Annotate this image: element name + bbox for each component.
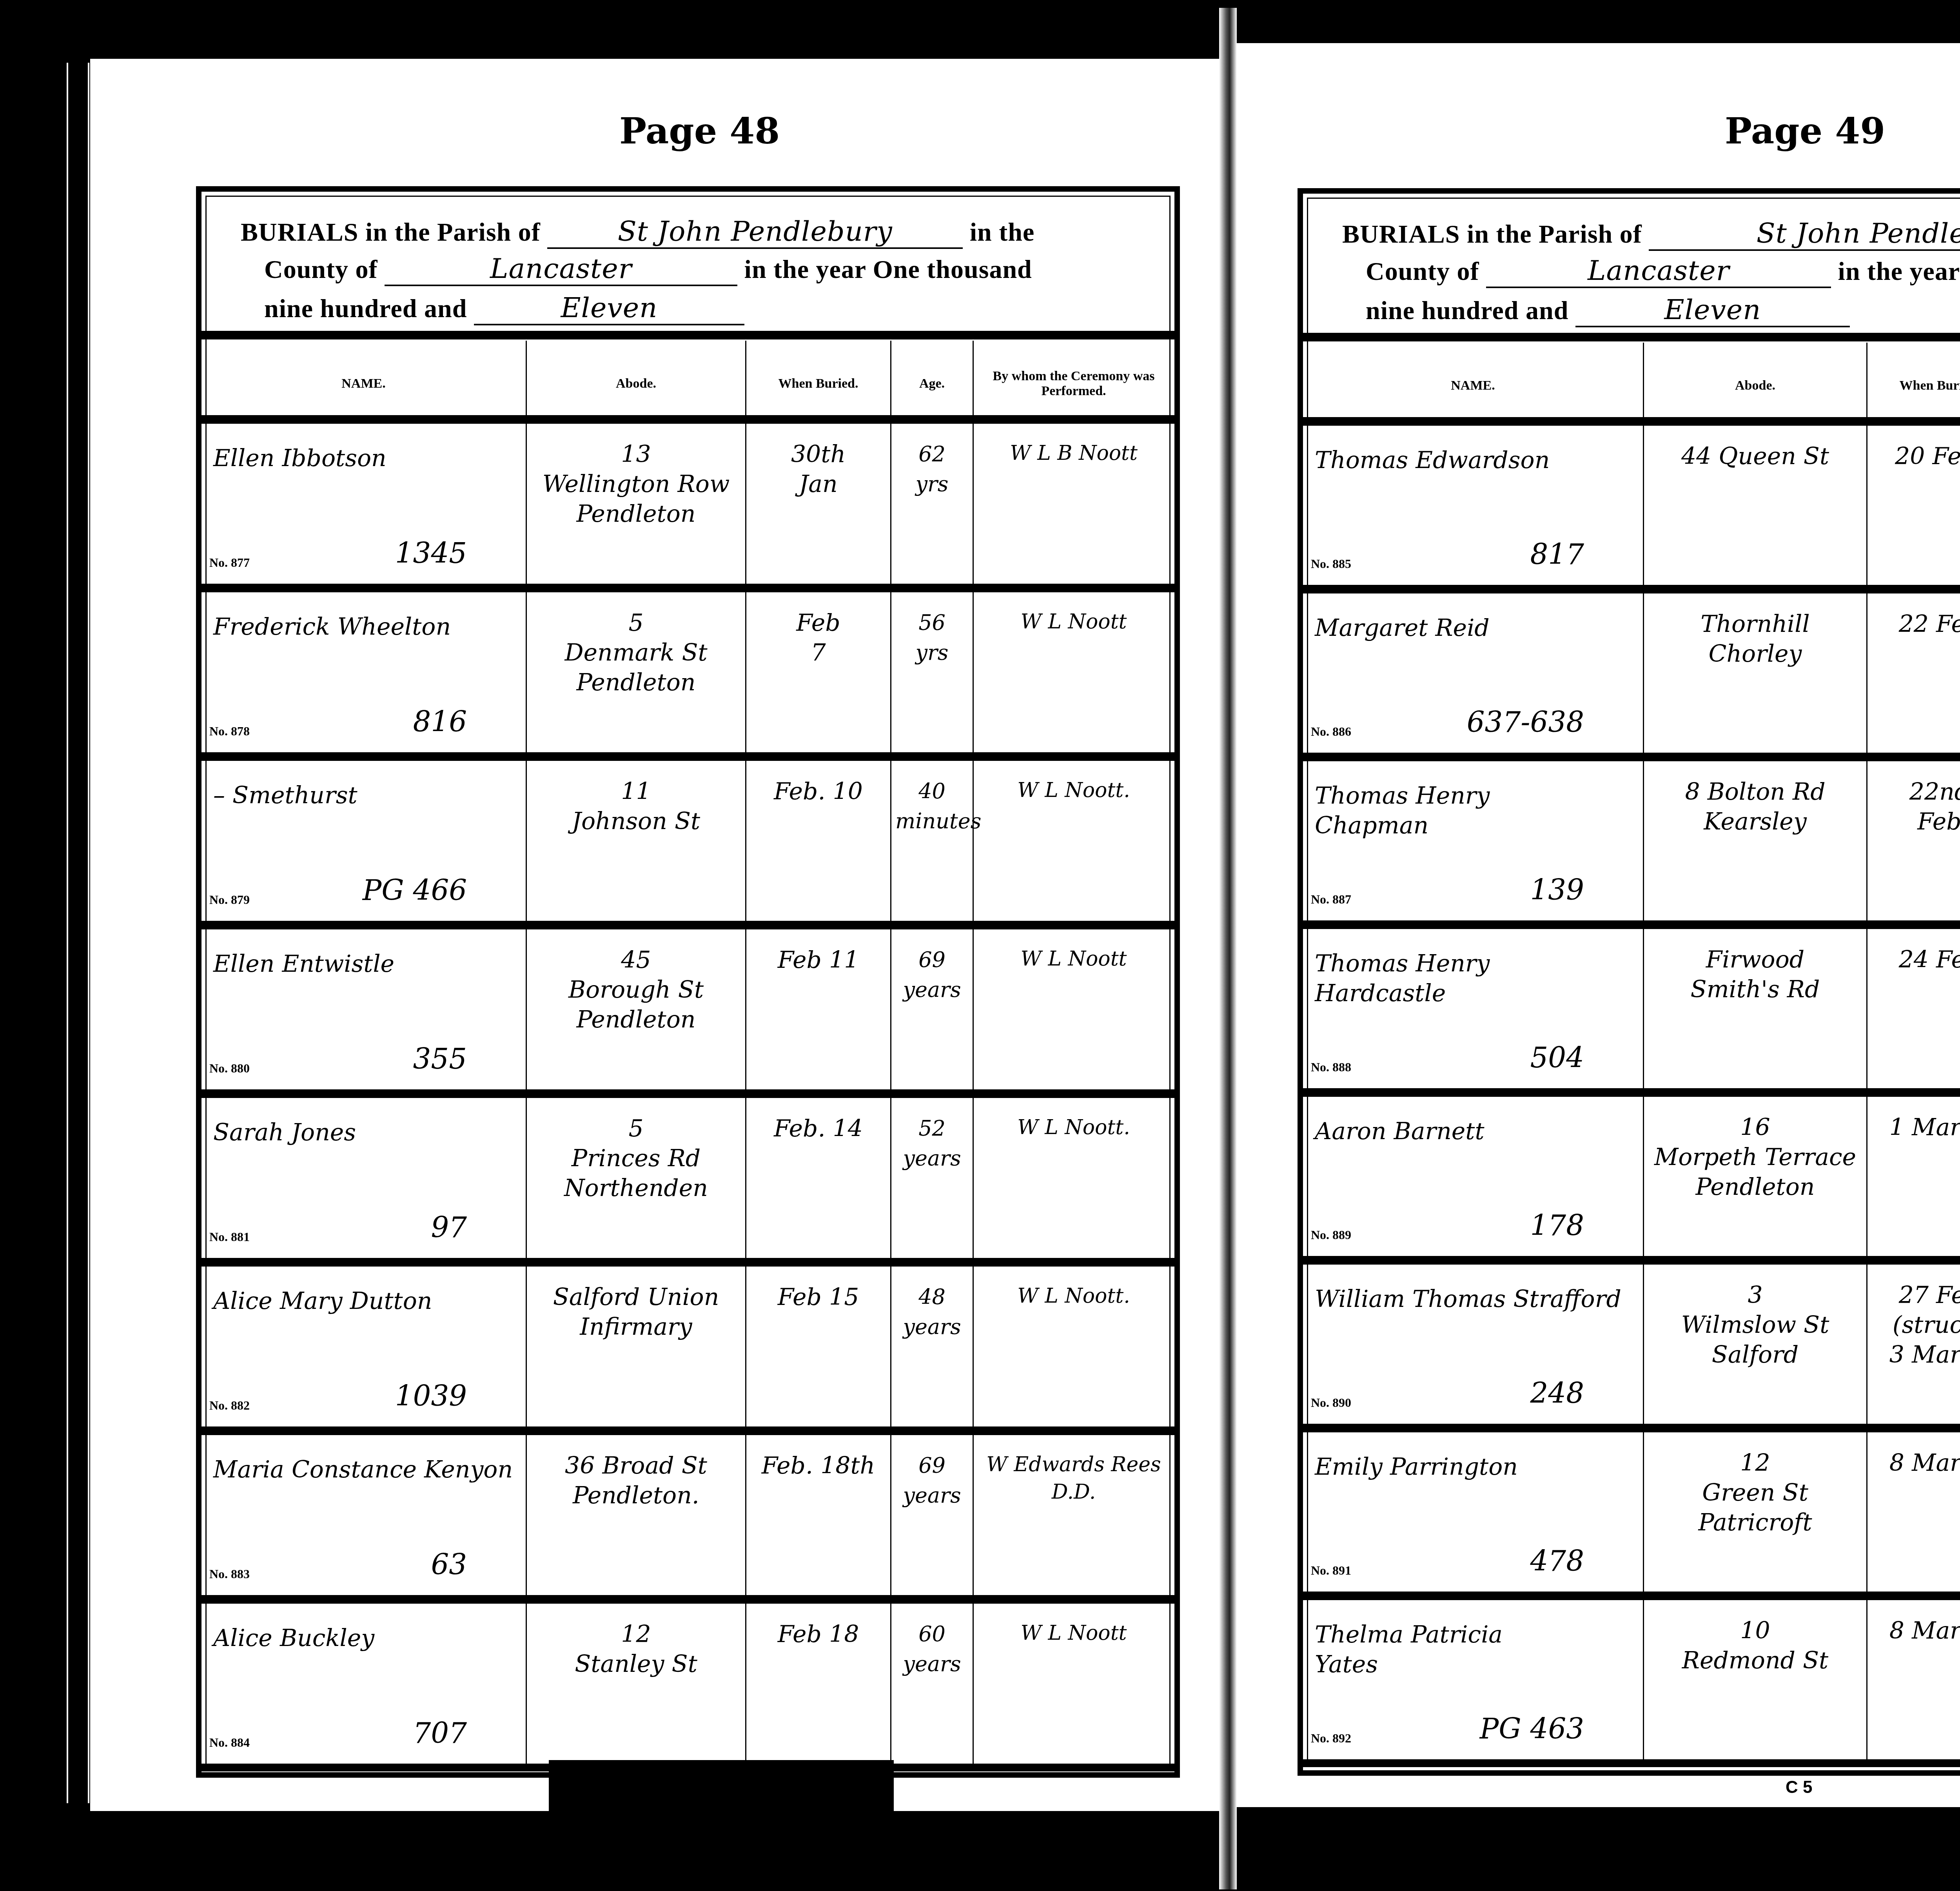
abode-cell: 8 Bolton Rd Kearsley [1644,761,1867,920]
name-text: Emily Parrington [1315,1452,1635,1482]
when-buried-text: 8 March [1871,1448,1960,1478]
name-text: Alice Buckley [213,1623,518,1653]
age-text: 62 yrs [895,439,969,499]
name-text: Aaron Barnett [1315,1116,1635,1146]
officiant-cell: W L Noott. [974,1098,1174,1258]
name-text: Maria Constance Kenyon [213,1455,518,1484]
when-buried-cell: 24 Feb [1867,929,1960,1088]
name-cell: Sarah Jones97No. 881 [201,1098,527,1258]
abode-cell: 13 Wellington Row Pendleton [527,424,746,584]
officiant-cell: W L Noott. [974,1267,1174,1426]
abode-text: 3 Wilmslow St Salford [1648,1280,1862,1370]
age-text: 52 years [895,1114,969,1173]
age-cell: 60 years [891,1604,974,1764]
abode-cell: 12 Green St Patricroft [1644,1432,1867,1592]
when-buried-text: 22nd Feb [1871,777,1960,837]
county-field: Lancaster [385,252,737,286]
when-buried-text: Feb 18 [750,1619,886,1649]
abode-cell: 16 Morpeth Terrace Pendleton [1644,1097,1867,1256]
name-text: Margaret Reid [1315,613,1635,643]
grave-reference-number: 504 [1530,1043,1584,1073]
entry-number: No. 877 [209,548,250,577]
when-buried-cell: 30th Jan [746,424,891,584]
when-buried-cell: Feb 18 [746,1604,891,1764]
entry-number: No. 878 [209,716,250,746]
abode-cell: 10 Redmond St [1644,1600,1867,1759]
name-cell: Margaret Reid637-638No. 886 [1303,593,1644,753]
abode-text: 11 Johnson St [531,777,741,836]
abode-cell: 5 Princes Rd Northenden [527,1098,746,1258]
entry-number: No. 886 [1311,717,1351,746]
title-line-1: BURIALS in the Parish of St John Pendleb… [241,215,1034,249]
when-buried-cell: 20 Feb. [1867,426,1960,585]
entry-number: No. 891 [1311,1555,1351,1585]
entry-number: No. 885 [1311,549,1351,579]
name-text: William Thomas Strafford [1315,1284,1635,1314]
table-row: Thelma Patricia YatesPG 463No. 89210 Red… [1303,1592,1960,1759]
grave-reference-number: 355 [413,1044,467,1074]
title-suffix-2: in the year One thousand [1838,257,1960,286]
when-buried-text: 30th Jan [750,439,886,499]
name-text: Ellen Entwistle [213,949,518,979]
name-cell: Thomas Henry Chapman139No. 887 [1303,761,1644,920]
officiant-cell: W L Noott [974,592,1174,752]
when-buried-cell: Feb. 14 [746,1098,891,1258]
column-header-officiant: By whom the Ceremony was Performed. [974,341,1174,427]
row-divider [1303,920,1960,929]
table-row: Ellen Ibbotson1345No. 87713 Wellington R… [201,415,1174,584]
title-line-2: County of Lancaster in the year One thou… [1366,254,1960,288]
name-text: Alice Mary Dutton [213,1286,518,1316]
row-divider [1303,1592,1960,1600]
name-text: Ellen Ibbotson [213,443,518,473]
row-divider [201,1258,1174,1267]
age-cell: 56 yrs [891,592,974,752]
officiant-cell: W Edwards Rees D.D. [974,1435,1174,1595]
row-divider [1303,417,1960,426]
abode-cell: 36 Broad St Pendleton. [527,1435,746,1595]
name-text: Thomas Henry Chapman [1315,781,1635,840]
row-divider [201,584,1174,592]
age-cell: 40 minutes [891,761,974,921]
name-cell: Thomas Edwardson817No. 885 [1303,426,1644,585]
name-cell: Frederick Wheelton816No. 878 [201,592,527,752]
when-buried-cell: Feb 7 [746,592,891,752]
year-field: Eleven [1575,294,1850,327]
when-buried-cell: Feb. 10 [746,761,891,921]
title-line-2: County of Lancaster in the year One thou… [264,252,1032,286]
abode-cell: 5 Denmark St Pendleton [527,592,746,752]
grave-reference-number: PG 466 [363,875,467,905]
when-buried-cell: 8 March [1867,1432,1960,1592]
year-field: Eleven [474,292,744,325]
officiant-cell: W L B Noott [974,424,1174,584]
age-cell: 52 years [891,1098,974,1258]
age-text: 69 years [895,945,969,1005]
row-divider [1303,1256,1960,1265]
grave-reference-number: 178 [1530,1210,1584,1240]
row-divider [1303,1088,1960,1097]
column-header-abode: Abode. [527,341,746,427]
row-divider [201,752,1174,761]
header-rule [201,331,1174,339]
grave-reference-number: 816 [413,707,467,737]
abode-text: 5 Denmark St Pendleton [531,608,741,697]
name-text: Thomas Edwardson [1315,445,1635,475]
grave-reference-number: 63 [431,1550,467,1579]
parish-field: St John Pendlebury [1649,217,1960,251]
name-cell: Aaron Barnett178No. 889 [1303,1097,1644,1256]
when-buried-cell: 27 Feb (struck) 3 March [1867,1265,1960,1424]
title-prefix-year: nine hundred and [1366,296,1568,325]
table-row: Ellen Entwistle355No. 88045 Borough St P… [201,921,1174,1089]
entry-number: No. 888 [1311,1052,1351,1082]
abode-text: Salford Union Infirmary [531,1282,741,1342]
burial-register-right: BURIALS in the Parish of St John Pendleb… [1298,188,1960,1776]
entry-number: No. 884 [209,1728,250,1757]
column-header-when-buried: When Buried. [746,341,891,427]
officiant-cell: W L Noott. [974,761,1174,921]
title-prefix-parish: BURIALS in the Parish of [241,218,541,247]
abode-text: Firwood Smith's Rd [1648,945,1862,1004]
officiant-text: W L Noott [978,945,1170,973]
officiant-cell: W L Noott [974,929,1174,1089]
book-page-edges-left [67,63,89,1803]
title-prefix-county: County of [264,255,378,284]
row-divider [1303,753,1960,761]
when-buried-cell: 22nd Feb [1867,761,1960,920]
abode-cell: 11 Johnson St [527,761,746,921]
when-buried-cell: Feb 15 [746,1267,891,1426]
title-line-3: nine hundred and Eleven [1366,294,1850,327]
page-number-right: Page 49 [1725,110,1885,152]
grave-reference-number: 139 [1530,875,1584,905]
column-header-abode: Abode. [1644,343,1867,429]
entry-number: No. 881 [209,1222,250,1252]
when-buried-text: 22 Feb [1871,609,1960,639]
grave-reference-number: 1345 [395,538,467,568]
age-text: 40 minutes [895,777,969,836]
when-buried-text: 20 Feb. [1871,441,1960,471]
officiant-text: W L Noott. [978,777,1170,804]
footer-code: C 5 [1786,1778,1812,1797]
officiant-text: W L Noott [978,608,1170,635]
title-prefix-year: nine hundred and [264,294,467,323]
table-row: – SmethurstPG 466No. 87911 Johnson StFeb… [201,752,1174,921]
row-divider [201,1089,1174,1098]
table-row: Margaret Reid637-638No. 886Thornhill Cho… [1303,585,1960,753]
grave-reference-number: 637-638 [1467,707,1584,737]
table-row: William Thomas Strafford248No. 8903 Wilm… [1303,1256,1960,1424]
abode-cell: Firwood Smith's Rd [1644,929,1867,1088]
title-line-1: BURIALS in the Parish of St John Pendleb… [1342,217,1960,251]
title-prefix-county: County of [1366,257,1479,286]
age-text: 56 yrs [895,608,969,668]
name-text: Sarah Jones [213,1118,518,1147]
name-cell: Emily Parrington478No. 891 [1303,1432,1644,1592]
row-divider [201,1426,1174,1435]
grave-reference-number: 478 [1530,1546,1584,1576]
when-buried-text: Feb. 18th [750,1451,886,1481]
table-row: Sarah Jones97No. 8815 Princes Rd Northen… [201,1089,1174,1258]
thumb-shadow [549,1760,894,1891]
abode-cell: 45 Borough St Pendleton [527,929,746,1089]
table-row: Emily Parrington478No. 89112 Green St Pa… [1303,1424,1960,1592]
name-cell: Alice Mary Dutton1039No. 882 [201,1267,527,1426]
when-buried-text: 27 Feb (struck) 3 March [1871,1280,1960,1370]
entry-number: No. 892 [1311,1723,1351,1753]
burial-register-left: BURIALS in the Parish of St John Pendleb… [196,186,1180,1778]
when-buried-text: 24 Feb [1871,945,1960,975]
abode-text: 45 Borough St Pendleton [531,945,741,1034]
row-divider [1303,1424,1960,1432]
column-header-when-buried: When Buried. [1867,343,1960,429]
register-bottom-rule [201,1764,1174,1771]
abode-cell: 12 Stanley St [527,1604,746,1764]
name-text: Frederick Wheelton [213,612,518,642]
when-buried-cell: 22 Feb [1867,593,1960,753]
title-prefix-parish: BURIALS in the Parish of [1342,220,1642,249]
when-buried-cell: Feb 11 [746,929,891,1089]
parish-field: St John Pendlebury [547,215,963,249]
book-spine [1219,8,1237,1889]
register-title-block: BURIALS in the Parish of St John Pendleb… [225,203,1167,333]
table-row: Thomas Henry Hardcastle504No. 888Firwood… [1303,920,1960,1088]
grave-reference-number: PG 463 [1480,1714,1584,1744]
when-buried-text: Feb. 10 [750,777,886,806]
when-buried-cell: 8 March [1867,1600,1960,1759]
row-divider [201,1595,1174,1604]
name-cell: Ellen Ibbotson1345No. 877 [201,424,527,584]
officiant-text: W L B Noott [978,439,1170,467]
abode-text: 8 Bolton Rd Kearsley [1648,777,1862,837]
when-buried-text: Feb. 14 [750,1114,886,1143]
name-cell: William Thomas Strafford248No. 890 [1303,1265,1644,1424]
officiant-text: W Edwards Rees D.D. [978,1451,1170,1506]
name-cell: Maria Constance Kenyon63No. 883 [201,1435,527,1595]
name-cell: Thomas Henry Hardcastle504No. 888 [1303,929,1644,1088]
age-cell: 48 years [891,1267,974,1426]
abode-text: 44 Queen St [1648,441,1862,471]
grave-reference-number: 817 [1530,539,1584,569]
name-text: – Smethurst [213,780,518,810]
officiant-text: W L Noott. [978,1282,1170,1310]
table-row: Frederick Wheelton816No. 8785 Denmark St… [201,584,1174,752]
entry-number: No. 887 [1311,884,1351,914]
name-cell: Ellen Entwistle355No. 880 [201,929,527,1089]
table-row: Alice Mary Dutton1039No. 882Salford Unio… [201,1258,1174,1426]
name-cell: Alice Buckley707No. 884 [201,1604,527,1764]
entry-number: No. 879 [209,885,250,915]
title-line-3: nine hundred and Eleven [264,292,744,325]
abode-text: 16 Morpeth Terrace Pendleton [1648,1112,1862,1202]
officiant-text: W L Noott [978,1619,1170,1647]
officiant-text: W L Noott. [978,1114,1170,1141]
when-buried-cell: 1 March [1867,1097,1960,1256]
when-buried-text: 1 March [1871,1112,1960,1142]
abode-cell: Thornhill Chorley [1644,593,1867,753]
age-text: 48 years [895,1282,969,1342]
age-cell: 69 years [891,1435,974,1595]
entry-number: No. 883 [209,1559,250,1589]
grave-reference-number: 248 [1530,1378,1584,1408]
row-divider [201,415,1174,424]
age-text: 60 years [895,1619,969,1679]
entry-number: No. 882 [209,1390,250,1420]
table-row: Maria Constance Kenyon63No. 88336 Broad … [201,1426,1174,1595]
abode-cell: 3 Wilmslow St Salford [1644,1265,1867,1424]
table-row: Thomas Edwardson817No. 88544 Queen St20 … [1303,417,1960,585]
header-rule [1303,333,1960,341]
column-header-name: NAME. [201,341,527,427]
column-header-name: NAME. [1303,343,1644,429]
entry-number: No. 890 [1311,1388,1351,1417]
title-suffix-2: in the year One thousand [744,255,1032,284]
name-text: Thelma Patricia Yates [1315,1620,1635,1679]
abode-text: 5 Princes Rd Northenden [531,1114,741,1203]
table-row: Aaron Barnett178No. 88916 Morpeth Terrac… [1303,1088,1960,1256]
entry-number: No. 889 [1311,1220,1351,1250]
when-buried-text: 8 March [1871,1616,1960,1646]
abode-text: 12 Stanley St [531,1619,741,1679]
when-buried-text: Feb 7 [750,608,886,668]
county-field: Lancaster [1486,254,1831,288]
name-text: Thomas Henry Hardcastle [1315,949,1635,1008]
when-buried-text: Feb 11 [750,945,886,975]
grave-reference-number: 97 [431,1212,467,1242]
name-cell: Thelma Patricia YatesPG 463No. 892 [1303,1600,1644,1759]
register-title-block: BURIALS in the Parish of St John Pendleb… [1327,205,1960,335]
table-row: Thomas Henry Chapman139No. 8878 Bolton R… [1303,753,1960,920]
abode-text: 13 Wellington Row Pendleton [531,439,741,529]
row-divider [1303,585,1960,593]
abode-cell: Salford Union Infirmary [527,1267,746,1426]
register-bottom-rule [1303,1759,1960,1767]
name-cell: – SmethurstPG 466No. 879 [201,761,527,921]
abode-text: Thornhill Chorley [1648,609,1862,669]
entry-number: No. 880 [209,1053,250,1083]
age-cell: 62 yrs [891,424,974,584]
when-buried-text: Feb 15 [750,1282,886,1312]
grave-reference-number: 707 [413,1718,467,1748]
page-number-left: Page 48 [619,110,780,152]
age-cell: 69 years [891,929,974,1089]
abode-text: 10 Redmond St [1648,1616,1862,1675]
abode-text: 12 Green St Patricroft [1648,1448,1862,1537]
abode-cell: 44 Queen St [1644,426,1867,585]
officiant-cell: W L Noott [974,1604,1174,1764]
when-buried-cell: Feb. 18th [746,1435,891,1595]
abode-text: 36 Broad St Pendleton. [531,1451,741,1510]
age-text: 69 years [895,1451,969,1510]
title-suffix-1: in the [970,218,1035,247]
table-row: Alice Buckley707No. 88412 Stanley StFeb … [201,1595,1174,1764]
grave-reference-number: 1039 [395,1381,467,1411]
row-divider [201,921,1174,929]
column-header-age: Age. [891,341,974,427]
